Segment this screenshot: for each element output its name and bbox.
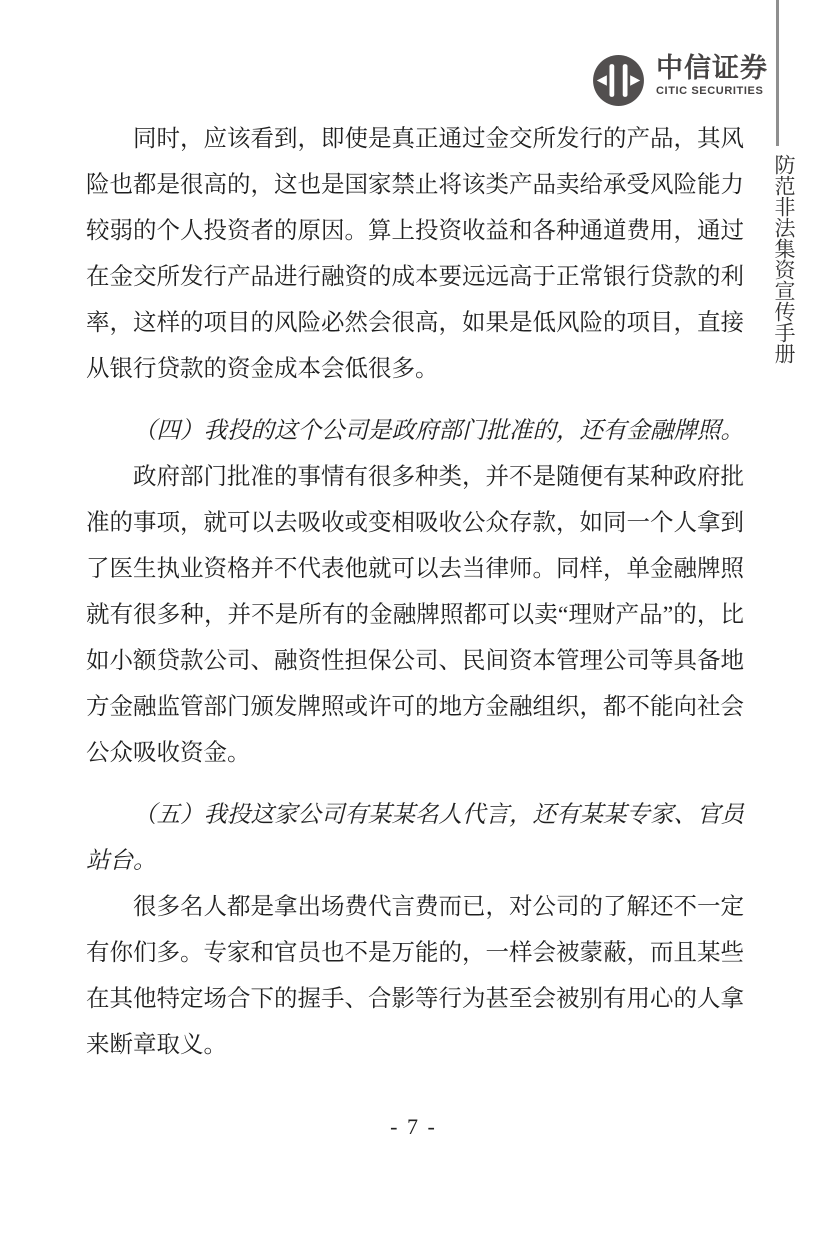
logo-text: 中信证券 CITIC SECURITIES	[656, 54, 768, 97]
logo-english-name: CITIC SECURITIES	[656, 85, 768, 97]
paragraph-government-license: 政府部门批准的事情有很多种类，并不是随便有某种政府批准的事项，就可以去吸收或变相…	[86, 454, 744, 776]
side-rule-divider	[776, 0, 779, 146]
section-heading-item4: （四）我投的这个公司是政府部门批准的，还有金融牌照。	[86, 408, 744, 454]
document-page: 中信证券 CITIC SECURITIES 防范非法集资宣传手册 同时，应该看到…	[0, 0, 827, 1241]
section-heading-item5: （五）我投这家公司有某某名人代言，还有某某专家、官员站台。	[86, 792, 744, 884]
document-body: 同时，应该看到，即使是真正通过金交所发行的产品，其风险也都是很高的，这也是国家禁…	[86, 116, 744, 1068]
page-number: - 7 -	[0, 1114, 827, 1140]
paragraph-exchange-risk: 同时，应该看到，即使是真正通过金交所发行的产品，其风险也都是很高的，这也是国家禁…	[86, 116, 744, 392]
booklet-title-vertical: 防范非法集资宣传手册	[768, 154, 798, 364]
paragraph-celebrity-endorsement: 很多名人都是拿出场费代言费而已，对公司的了解还不一定有你们多。专家和官员也不是万…	[86, 884, 744, 1068]
citic-logo-icon	[592, 54, 645, 107]
citic-logo: 中信证券 CITIC SECURITIES	[592, 54, 768, 107]
logo-chinese-name: 中信证券	[656, 54, 768, 82]
